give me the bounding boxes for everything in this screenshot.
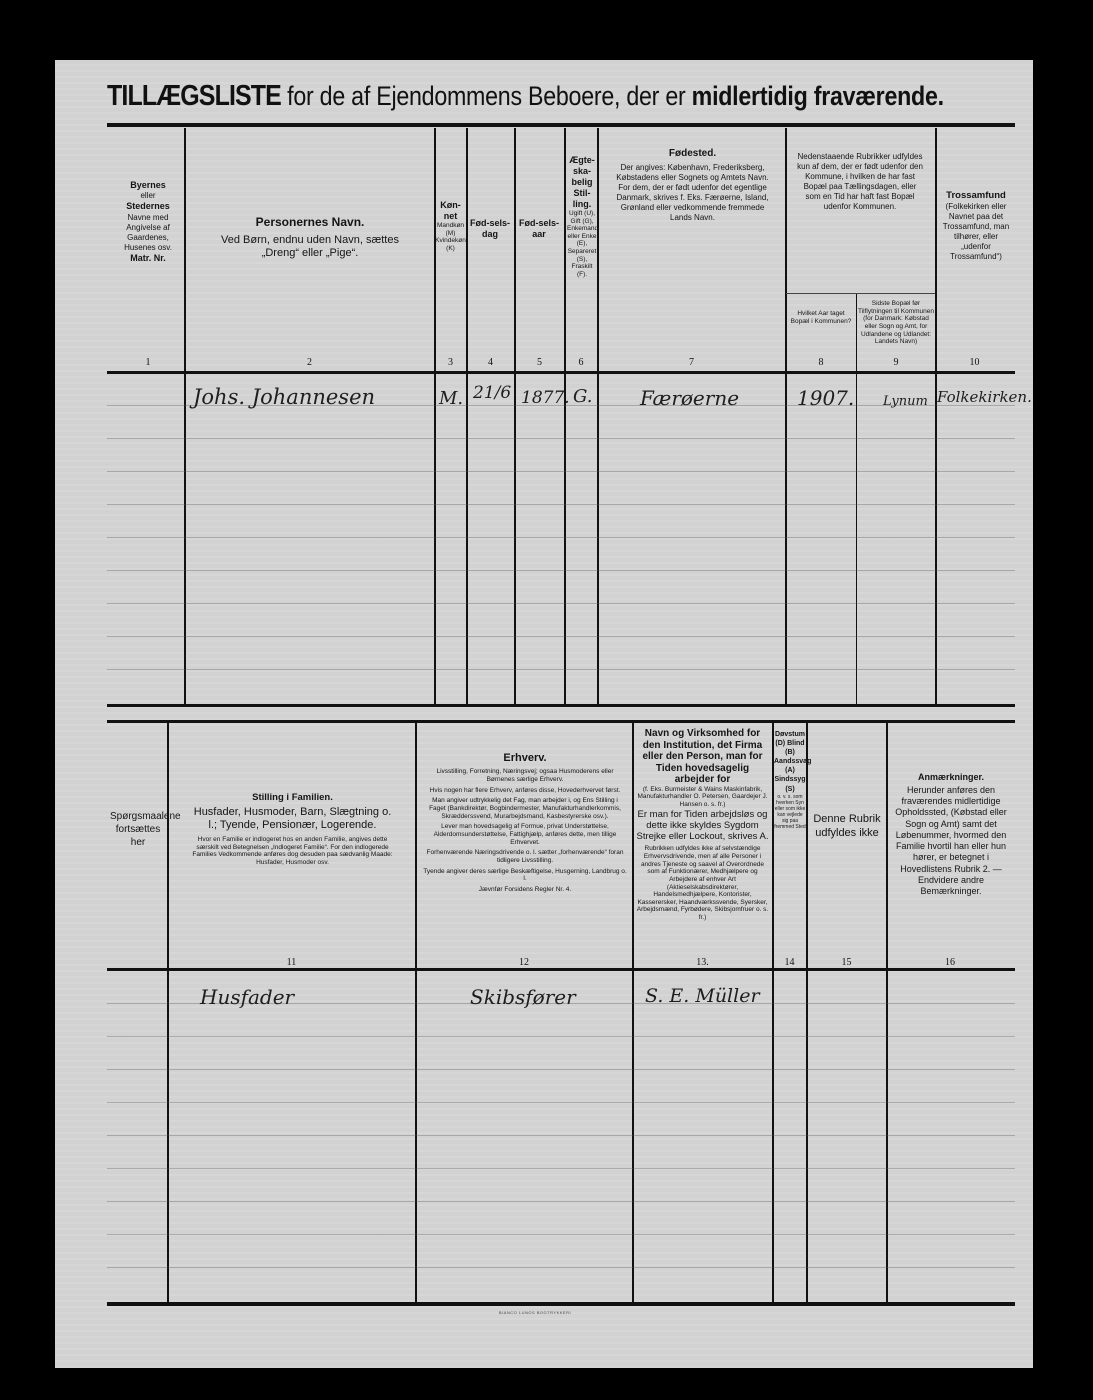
- religion: Folkekirken.: [937, 388, 1032, 406]
- header-col-5: Fød-sels-aar: [518, 218, 560, 240]
- header-col-12: Erhverv. Livsstilling, Forretning, Nærin…: [423, 752, 627, 894]
- birth-year: 1877.: [521, 388, 570, 408]
- col-number: 12: [416, 957, 632, 968]
- col-number: 11: [168, 957, 415, 968]
- census-form-page: TILLÆGSLISTE for de af Ejendommens Beboe…: [55, 60, 1033, 1368]
- employer: S. E. Müller: [645, 985, 760, 1007]
- header-col-14: Døvstum (D) Blind (B) Aandssvag (A) Sind…: [774, 730, 806, 830]
- header-col-6: Ægte-ska-belig Stil-ling. Ugift (U), Gif…: [567, 155, 597, 279]
- upper-col-divider: [564, 128, 566, 706]
- lower-col-divider: [415, 723, 417, 1303]
- col-number: 2: [185, 357, 434, 368]
- header-col-9: Sidste Bopæl før Tilflytningen til Kommu…: [858, 300, 934, 346]
- upper-col-divider: [514, 128, 516, 706]
- upper-table-bottom-rule: [107, 704, 1015, 707]
- col-number: 3: [435, 357, 466, 368]
- lower-col-divider: [806, 723, 808, 1303]
- header-bottom-rule: [107, 371, 1015, 374]
- printer-imprint: BIANCO LUNOS BOGTRYKKERI: [455, 1310, 615, 1315]
- lower-header-continued: Spørgsmaalene fortsættes her: [110, 810, 166, 849]
- header-col-10: Trossamfund (Folkekirken eller Navnet pa…: [939, 190, 1013, 262]
- header-col-16: Anmærkninger. Herunder anføres den fravæ…: [891, 772, 1011, 897]
- header-col-11: Stilling i Familien. Husfader, Husmoder,…: [175, 792, 410, 867]
- upper-col-divider: [856, 293, 857, 706]
- lower-table-top-rule: [107, 720, 1015, 723]
- title-rule: [107, 123, 1015, 127]
- header-col-8-9-span: Nedenstaaende Rubrikker udfyldes kun af …: [795, 152, 925, 212]
- header-col-2: Personernes Navn. Ved Børn, endnu uden N…: [195, 215, 425, 260]
- col-number: 16: [887, 957, 1013, 968]
- birthplace: Færøerne: [640, 386, 739, 410]
- header-col-15: Denne Rubrik udfyldes ikke: [811, 812, 883, 841]
- col-number: 6: [565, 357, 597, 368]
- year-moved: 1907.: [797, 386, 854, 410]
- col-number: 4: [467, 357, 514, 368]
- col-number: 14: [773, 957, 806, 968]
- col-number: 7: [598, 357, 785, 368]
- lower-header-bottom-rule: [107, 968, 1015, 971]
- col-number: 9: [857, 357, 935, 368]
- page-bottom-rule: [107, 1302, 1015, 1306]
- header-split-rule: [786, 293, 935, 294]
- col-number: 5: [515, 357, 564, 368]
- header-col-13: Navn og Virksomhed for den Institution, …: [635, 728, 770, 922]
- form-title: TILLÆGSLISTE for de af Ejendommens Beboe…: [107, 80, 890, 120]
- person-name: Johs. Johannesen: [193, 385, 375, 409]
- col-number: 15: [807, 957, 886, 968]
- col-number: 13.: [633, 957, 772, 968]
- sex: M.: [439, 388, 463, 409]
- family-position: Husfader: [200, 985, 294, 1009]
- upper-col-divider: [184, 128, 186, 706]
- last-residence: Lynum: [883, 394, 928, 409]
- col-number: 10: [936, 357, 1013, 368]
- header-col-1: Byernes eller Stedernes Navne med Angive…: [113, 180, 183, 264]
- header-col-7: Fødested. Der angives: København, Freder…: [610, 148, 775, 223]
- marital-status: G.: [573, 386, 592, 407]
- upper-col-divider: [466, 128, 468, 706]
- lower-col-divider: [632, 723, 634, 1303]
- col-number: 1: [113, 357, 183, 368]
- header-col-3: Køn-net Mandkøn (M) Kvindekøn (K): [435, 200, 466, 253]
- col-number: 8: [786, 357, 856, 368]
- lower-col-divider: [886, 723, 888, 1303]
- lower-col-divider: [167, 723, 169, 1303]
- birth-day: 21/6: [473, 383, 511, 403]
- upper-col-divider: [785, 128, 787, 706]
- header-col-8: Hvilket Aar taget Bopæl i Kommunen?: [788, 310, 854, 325]
- upper-col-divider: [597, 128, 599, 706]
- upper-col-divider: [935, 128, 937, 706]
- occupation: Skibsfører: [470, 985, 576, 1009]
- header-col-4: Fød-sels-dag: [470, 218, 510, 240]
